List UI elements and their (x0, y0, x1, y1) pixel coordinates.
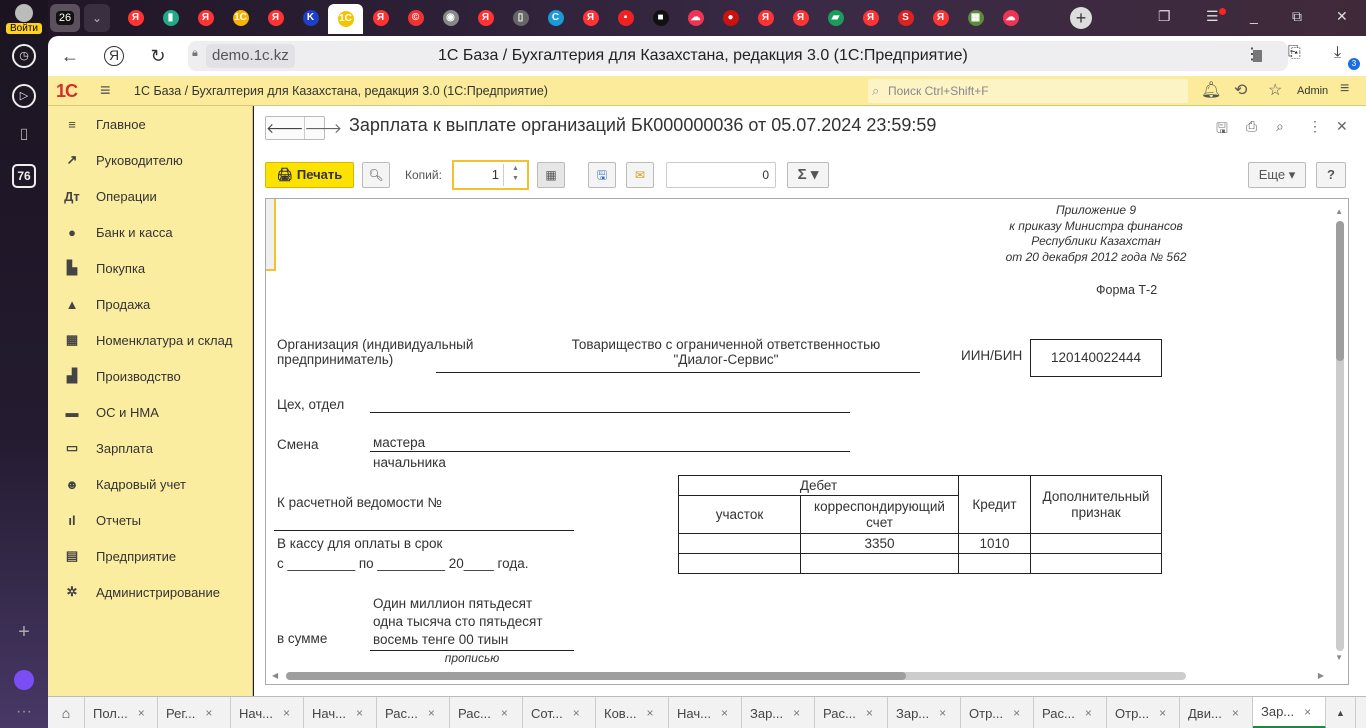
org-underline (436, 372, 920, 373)
window-tab[interactable]: Отр...× (1107, 697, 1180, 728)
account-header: корреспондирующийсчет (801, 496, 959, 534)
pinned-tab-yandex[interactable]: Я (853, 6, 888, 30)
copies-stepper[interactable]: 1 ▲▼ (452, 160, 529, 190)
sidebar-item-9[interactable]: ▭Зарплата (48, 430, 253, 466)
pinned-tab-copyright[interactable]: © (398, 6, 433, 30)
app-header: 1С ≡ 1С База / Бухгалтерия для Казахстан… (48, 76, 1366, 106)
sum-caption: прописью (370, 651, 574, 665)
window-tab-label: Рас... (1042, 706, 1075, 721)
section-icon: ▟ (64, 368, 80, 384)
red-icon: ▪ (618, 10, 634, 26)
hamburger-icon[interactable]: ≡ (100, 80, 111, 101)
black-icon: ■ (653, 10, 669, 26)
minimize-icon[interactable]: _ (1250, 8, 1258, 24)
horizontal-scrollbar[interactable] (286, 672, 1186, 680)
address-bar: ← Я ↻ 🔒︎ demo.1c.kz 1С База / Бухгалтери… (48, 36, 1366, 76)
pinned-tabs: Я▮Я1СЯK1СЯ©◉Я▯CЯ▪■☁●ЯЯ▰ЯSЯ▦☁ (118, 6, 1028, 34)
org-value: Товарищество с ограниченной ответственно… (536, 337, 916, 367)
window-tab-label: Зар... (750, 706, 783, 721)
user-name[interactable]: Admin (1297, 76, 1328, 106)
browser-side-rail: Войти ◷ ▷ ⌷ 76 + ··· (0, 0, 48, 728)
cell-account (801, 554, 959, 574)
pinned-tab-cloud[interactable]: ☁ (993, 6, 1028, 30)
window-tab-label: Рег... (166, 706, 195, 721)
window-tab[interactable]: Зар...× (742, 697, 815, 728)
preview-button[interactable]: 🔍︎ (362, 162, 390, 188)
window-tab[interactable]: Рас...× (815, 697, 888, 728)
pinned-tab-red-icon[interactable]: ● (713, 6, 748, 30)
window-tab-label: Отр... (969, 706, 1003, 721)
yandex-icon: Я (128, 10, 144, 26)
collections-icon[interactable]: ⎘ (1288, 44, 1301, 62)
copies-label: Копий: (405, 168, 442, 182)
pinned-tab-yandex[interactable]: Я (573, 6, 608, 30)
section-icon: ▲ (64, 297, 80, 312)
lock-icon: 🔒︎ (192, 47, 198, 60)
play-icon[interactable]: ▷ (12, 84, 36, 108)
reload-icon[interactable]: ↻ (146, 44, 170, 68)
login-button[interactable]: Войти (6, 4, 42, 34)
section-icon: ☻ (64, 477, 80, 492)
window-tab[interactable]: Отр...× (961, 697, 1034, 728)
pinned-tab-yandex[interactable]: Я (923, 6, 958, 30)
pinned-tab-c[interactable]: C (538, 6, 573, 30)
window-tab-label: Отр... (1115, 706, 1149, 721)
tabs-scroll-up-icon[interactable]: ▲ (1326, 697, 1356, 728)
vertical-scroll-thumb[interactable] (1336, 221, 1344, 361)
pinned-tab-yandex[interactable]: Я (118, 6, 153, 30)
red-icon-icon: ● (723, 10, 739, 26)
settings-menu-icon[interactable]: ≡ (1340, 80, 1349, 98)
cell-account: 3350 (801, 534, 959, 554)
sidebar-item-13[interactable]: ✲Администрирование (48, 574, 253, 610)
search-icon: ⌕ (872, 79, 879, 103)
close-icon[interactable]: × (866, 706, 873, 720)
1c-active-icon: 1С (338, 11, 354, 27)
close-icon[interactable]: × (1232, 706, 1239, 720)
avatar-icon (15, 4, 33, 22)
page-title: 1С База / Бухгалтерия для Казахстана, ре… (438, 41, 968, 71)
close-icon[interactable]: × (1013, 706, 1020, 720)
sidebar-item-label: Отчеты (96, 513, 141, 528)
history-icon[interactable]: ⟲ (1234, 80, 1247, 100)
pinned-tab-pic[interactable]: ▦ (958, 6, 993, 30)
sidebar-item-label: Руководителю (96, 153, 183, 168)
star-icon[interactable]: ☆ (1268, 80, 1282, 100)
pinned-tab-yandex[interactable]: Я (363, 6, 398, 30)
close-icon[interactable]: × (501, 706, 508, 720)
save-file-button[interactable]: 🖫 (588, 162, 616, 188)
stepper-arrows-icon[interactable]: ▲▼ (503, 164, 527, 186)
history-nav: 🡐 🡒 (265, 116, 325, 140)
period-line: с _________ по _________ 20____ года. (277, 556, 529, 571)
yandex-icon: Я (198, 10, 214, 26)
table-row: 3350 1010 (679, 534, 1162, 554)
section-icon: ↗ (64, 152, 80, 168)
pinned-tab-eye[interactable]: ◉ (433, 6, 468, 30)
dept-underline (370, 412, 850, 413)
close-icon[interactable]: × (573, 706, 580, 720)
payroll-label: К расчетной ведомости № (277, 495, 442, 510)
pinned-tab-k[interactable]: K (293, 6, 328, 30)
sidebar-item-label: Покупка (96, 261, 145, 276)
sidebar-item-label: Предприятие (96, 549, 176, 564)
window-tab[interactable]: Сот...× (523, 697, 596, 728)
sidebar-item-2[interactable]: ДтОперации (48, 178, 253, 214)
sidebar-item-label: Номенклатура и склад (96, 333, 232, 348)
window-tab[interactable]: Рас...× (377, 697, 450, 728)
window-tab[interactable]: Нач...× (669, 697, 742, 728)
window-tab[interactable]: Дви...× (1180, 697, 1253, 728)
yandex-icon: Я (268, 10, 284, 26)
sidebar-item-10[interactable]: ☻Кадровый учет (48, 466, 253, 502)
eye-icon: ◉ (443, 10, 459, 26)
sidebar-item-1[interactable]: ↗Руководителю (48, 142, 253, 178)
extra-header: Дополнительныйпризнак (1031, 476, 1162, 534)
sum-button[interactable]: Σ ▾ (787, 162, 829, 188)
more-vert-icon[interactable]: ⋮ (1244, 44, 1260, 64)
open-windows-bar: ⌂ Пол...×Рег...×Нач...×Нач...×Рас...×Рас… (48, 696, 1366, 728)
horizontal-scroll-thumb[interactable] (286, 672, 906, 680)
bell-icon[interactable]: 🔔︎ (1201, 80, 1221, 100)
pinned-tab-yandex[interactable]: Я (468, 6, 503, 30)
section-icon: ▭ (64, 440, 80, 456)
section-icon: ▤ (64, 548, 80, 564)
window-tab-label: Нач... (677, 706, 711, 721)
sidebar-item-label: Зарплата (96, 441, 153, 456)
close-icon[interactable]: × (205, 706, 212, 720)
1c-icon: 1С (233, 10, 249, 26)
url-field[interactable]: 🔒︎ demo.1c.kz 1С База / Бухгалтерия для … (188, 41, 1288, 71)
sidebar-item-12[interactable]: ▤Предприятие (48, 538, 253, 574)
home-tab[interactable]: ⌂ (48, 697, 85, 728)
close-icon[interactable]: × (939, 706, 946, 720)
sidebar-item-3[interactable]: ●Банк и касса (48, 214, 253, 250)
yandex-icon: Я (863, 10, 879, 26)
payroll-underline (274, 530, 574, 531)
section-icon: ≡ (64, 117, 80, 132)
sidebar-item-label: Администрирование (96, 585, 220, 600)
window-close-icon[interactable]: ✕ (1336, 8, 1348, 25)
pinned-tab-black[interactable]: ■ (643, 6, 678, 30)
window-tab[interactable]: Нач...× (231, 697, 304, 728)
sum-label: в сумме (277, 631, 327, 646)
sidebar-item-label: ОС и НМА (96, 405, 159, 420)
cloud-icon: ☁ (1003, 10, 1019, 26)
sidebar-item-label: Производство (96, 369, 181, 384)
sections-sidebar: ≡Главное↗РуководителюДтОперации●Банк и к… (48, 106, 253, 696)
close-icon[interactable]: × (138, 706, 145, 720)
window-tab-label: Нач... (239, 706, 273, 721)
pinned-tab-yandex[interactable]: Я (748, 6, 783, 30)
yandex-icon: Я (478, 10, 494, 26)
pinned-tab-green[interactable]: ▰ (818, 6, 853, 30)
section-icon: ▦ (64, 332, 80, 348)
cell-credit (959, 554, 1031, 574)
pinned-tab-s[interactable]: S (888, 6, 923, 30)
cell-credit: 1010 (959, 534, 1031, 554)
section-icon: ✲ (64, 584, 80, 600)
window-tab[interactable]: Зар...× (888, 697, 961, 728)
document-title: Зарплата к выплате организаций БК0000000… (349, 115, 936, 136)
add-icon[interactable]: + (12, 620, 36, 644)
s-icon: S (898, 10, 914, 26)
section-icon: ▬ (64, 405, 80, 420)
sidebar-item-label: Главное (96, 117, 146, 132)
org-label: Организация (индивидуальныйпредпринимате… (277, 337, 473, 367)
accounts-table: Дебет Кредит Дополнительныйпризнак участ… (678, 475, 1162, 574)
pinned-tab-yandex[interactable]: Я (783, 6, 818, 30)
sidebar-item-label: Продажа (96, 297, 150, 312)
forward-button[interactable]: 🡒 (305, 117, 343, 139)
scroll-right-icon[interactable]: ▶ (1318, 671, 1324, 680)
yandex-icon: Я (933, 10, 949, 26)
iin-value: 120140022444 (1030, 339, 1162, 377)
document-area: 🡐 🡒 Зарплата к выплате организаций БК000… (254, 106, 1366, 696)
downloads-badge: 3 (1348, 58, 1360, 70)
window-tab[interactable]: Ков...× (596, 697, 669, 728)
sidebar-item-6[interactable]: ▦Номенклатура и склад (48, 322, 253, 358)
shift-underline (370, 451, 850, 452)
cloud-icon: ☁ (688, 10, 704, 26)
close-icon[interactable]: × (1304, 705, 1311, 719)
more-vert-icon[interactable]: ⋮ (1308, 118, 1322, 135)
window-tab-label: Сот... (531, 706, 563, 721)
close-icon[interactable]: ✕ (1336, 118, 1348, 135)
sidebar-item-11[interactable]: ılОтчеты (48, 502, 253, 538)
back-button[interactable]: 🡐 (266, 117, 305, 139)
alice-icon[interactable] (14, 670, 34, 690)
shift-value-chief: начальника (373, 455, 446, 470)
preview-icon[interactable]: ⌕ (1276, 118, 1284, 135)
print-icon[interactable]: ⎙ (1246, 118, 1257, 135)
form-name: Форма Т-2 (1096, 283, 1157, 297)
sidebar-item-4[interactable]: ▙Покупка (48, 250, 253, 286)
tab-count: 26 (56, 11, 74, 25)
tab-count-button[interactable]: 26 (50, 4, 80, 32)
save-icon[interactable]: 🖫 (1216, 118, 1228, 142)
restore-icon[interactable]: ⧉ (1292, 8, 1302, 25)
copies-value: 1 (492, 167, 499, 182)
pinned-tab-1c[interactable]: 1С (223, 6, 258, 30)
scroll-left-icon[interactable]: ◀ (272, 671, 278, 680)
sidebar-item-5[interactable]: ▲Продажа (48, 286, 253, 322)
close-icon[interactable]: × (283, 706, 290, 720)
scroll-down-icon[interactable]: ▼ (1335, 653, 1343, 662)
screen: Войти ◷ ▷ ⌷ 76 + ··· 26 ⌄ Я▮Я1СЯK1СЯ©◉Я▯… (0, 0, 1366, 728)
more-button[interactable]: Еще ▾ (1248, 162, 1306, 188)
chevron-down-icon[interactable]: ⌄ (84, 4, 110, 32)
history-icon[interactable]: ◷ (12, 44, 36, 68)
close-icon[interactable]: × (1085, 706, 1092, 720)
window-tab-label: Нач... (312, 706, 346, 721)
section-icon: ● (64, 225, 80, 240)
rail-badge[interactable]: 76 (12, 164, 36, 188)
copyright-icon: © (408, 10, 424, 26)
menu-icon[interactable]: ☰ (1206, 8, 1226, 25)
pinned-tab-yandex[interactable]: Я (258, 6, 293, 30)
edit-table-button[interactable]: ▦ (537, 162, 565, 188)
sigma-label: Σ (798, 166, 807, 183)
close-icon[interactable]: × (1159, 706, 1166, 720)
vertical-scrollbar[interactable] (1336, 221, 1344, 651)
window-tab-label: Дви... (1188, 706, 1222, 721)
home-icon: ⌂ (62, 705, 70, 721)
browser-tab-strip: 26 ⌄ Я▮Я1СЯK1СЯ©◉Я▯CЯ▪■☁●ЯЯ▰ЯSЯ▦☁ + ❐ ☰ … (48, 0, 1366, 36)
cell-section (679, 534, 801, 554)
debit-header: Дебет (679, 476, 959, 496)
sum-in-words: Один миллион пятьдесятодна тысяча сто пя… (373, 595, 543, 649)
pinned-tab-cloud[interactable]: ☁ (678, 6, 713, 30)
sidebar-item-label: Банк и касса (96, 225, 173, 240)
back-icon[interactable]: ← (58, 44, 82, 68)
pinned-tab-book[interactable]: ▮ (153, 6, 188, 30)
window-tab-label: Зар... (896, 706, 929, 721)
sidebar-item-label: Операции (96, 189, 157, 204)
bookmarks-icon[interactable]: ❐ (1158, 8, 1171, 25)
login-label: Войти (6, 23, 42, 34)
window-tab-label: Рас... (458, 706, 491, 721)
sidebar-item-label: Кадровый учет (96, 477, 186, 492)
scroll-up-icon[interactable]: ▲ (1335, 207, 1343, 216)
pinned-tab-1c-active[interactable]: 1С (328, 4, 363, 34)
cell-section (679, 554, 801, 574)
yandex-icon: Я (583, 10, 599, 26)
section-icon: ıl (64, 513, 80, 528)
screenshot-icon[interactable]: ⌷ (12, 124, 36, 148)
print-label: Печать (297, 167, 342, 182)
pinned-tab-red[interactable]: ▪ (608, 6, 643, 30)
window-tab-label: Рас... (823, 706, 856, 721)
download-icon[interactable]: ⤓ (1334, 44, 1341, 62)
yandex-icon[interactable]: Я (104, 46, 124, 66)
dept-label: Цех, отдел (277, 397, 344, 412)
print-form-sheet[interactable]: Приложение 9к приказу Министра финансовР… (265, 198, 1349, 685)
url-text: demo.1c.kz (206, 44, 295, 68)
close-icon[interactable]: × (721, 706, 728, 720)
cell-cursor (266, 199, 276, 271)
print-button[interactable]: 🖨︎ Печать (265, 162, 354, 188)
section-icon: ▙ (64, 260, 80, 276)
window-tab-label: Зар... (1261, 704, 1294, 719)
close-icon[interactable]: × (647, 706, 654, 720)
window-tab[interactable]: Рег...× (158, 697, 231, 728)
iin-label: ИИН/БИН (961, 348, 1022, 363)
window-tab[interactable]: Рас...× (450, 697, 523, 728)
sum-field[interactable]: 0 (666, 162, 776, 188)
yandex-icon: Я (758, 10, 774, 26)
yandex-icon: Я (793, 10, 809, 26)
shift-label: Смена (277, 437, 319, 452)
window-tab[interactable]: Нач...× (304, 697, 377, 728)
sidebar-item-0[interactable]: ≡Главное (48, 106, 253, 142)
1c-logo: 1С (56, 81, 77, 102)
shift-value-master: мастера (373, 435, 425, 450)
book-icon: ▮ (163, 10, 179, 26)
c-icon: C (548, 10, 564, 26)
search-placeholder: Поиск Ctrl+Shift+F (888, 84, 989, 98)
search-input[interactable]: ⌕ Поиск Ctrl+Shift+F (868, 79, 1188, 103)
doc-icon: ▯ (513, 10, 529, 26)
sidebar-item-8[interactable]: ▬ОС и НМА (48, 394, 253, 430)
table-row (679, 554, 1162, 574)
cell-extra (1031, 534, 1162, 554)
window-tab-label: Ков... (604, 706, 637, 721)
window-tab-label: Пол... (93, 706, 128, 721)
app-title: 1С База / Бухгалтерия для Казахстана, ре… (134, 76, 548, 106)
close-icon[interactable]: × (793, 706, 800, 720)
k-icon: K (303, 10, 319, 26)
appendix-text: Приложение 9к приказу Министра финансовР… (946, 203, 1246, 265)
credit-header: Кредит (959, 476, 1031, 534)
window-tab[interactable]: Пол...× (85, 697, 158, 728)
pic-icon: ▦ (968, 10, 984, 26)
window-tab-label: Рас... (385, 706, 418, 721)
more-icon[interactable]: ··· (12, 700, 36, 724)
window-tab[interactable]: Рас...× (1034, 697, 1107, 728)
green-icon: ▰ (828, 10, 844, 26)
close-icon[interactable]: × (428, 706, 435, 720)
window-tab[interactable]: Зар...× (1253, 697, 1326, 728)
email-button[interactable]: ✉ (626, 162, 654, 188)
cell-extra (1031, 554, 1162, 574)
section-header: участок (679, 496, 801, 534)
pinned-tab-yandex[interactable]: Я (188, 6, 223, 30)
more-label: Еще (1259, 167, 1285, 182)
cash-label: В кассу для оплаты в срок (277, 536, 442, 551)
pinned-tab-doc[interactable]: ▯ (503, 6, 538, 30)
sidebar-item-7[interactable]: ▟Производство (48, 358, 253, 394)
yandex-icon: Я (373, 10, 389, 26)
section-icon: Дт (64, 189, 80, 204)
help-button[interactable]: ? (1316, 162, 1346, 188)
close-icon[interactable]: × (356, 706, 363, 720)
new-tab-button[interactable]: + (1070, 7, 1092, 29)
